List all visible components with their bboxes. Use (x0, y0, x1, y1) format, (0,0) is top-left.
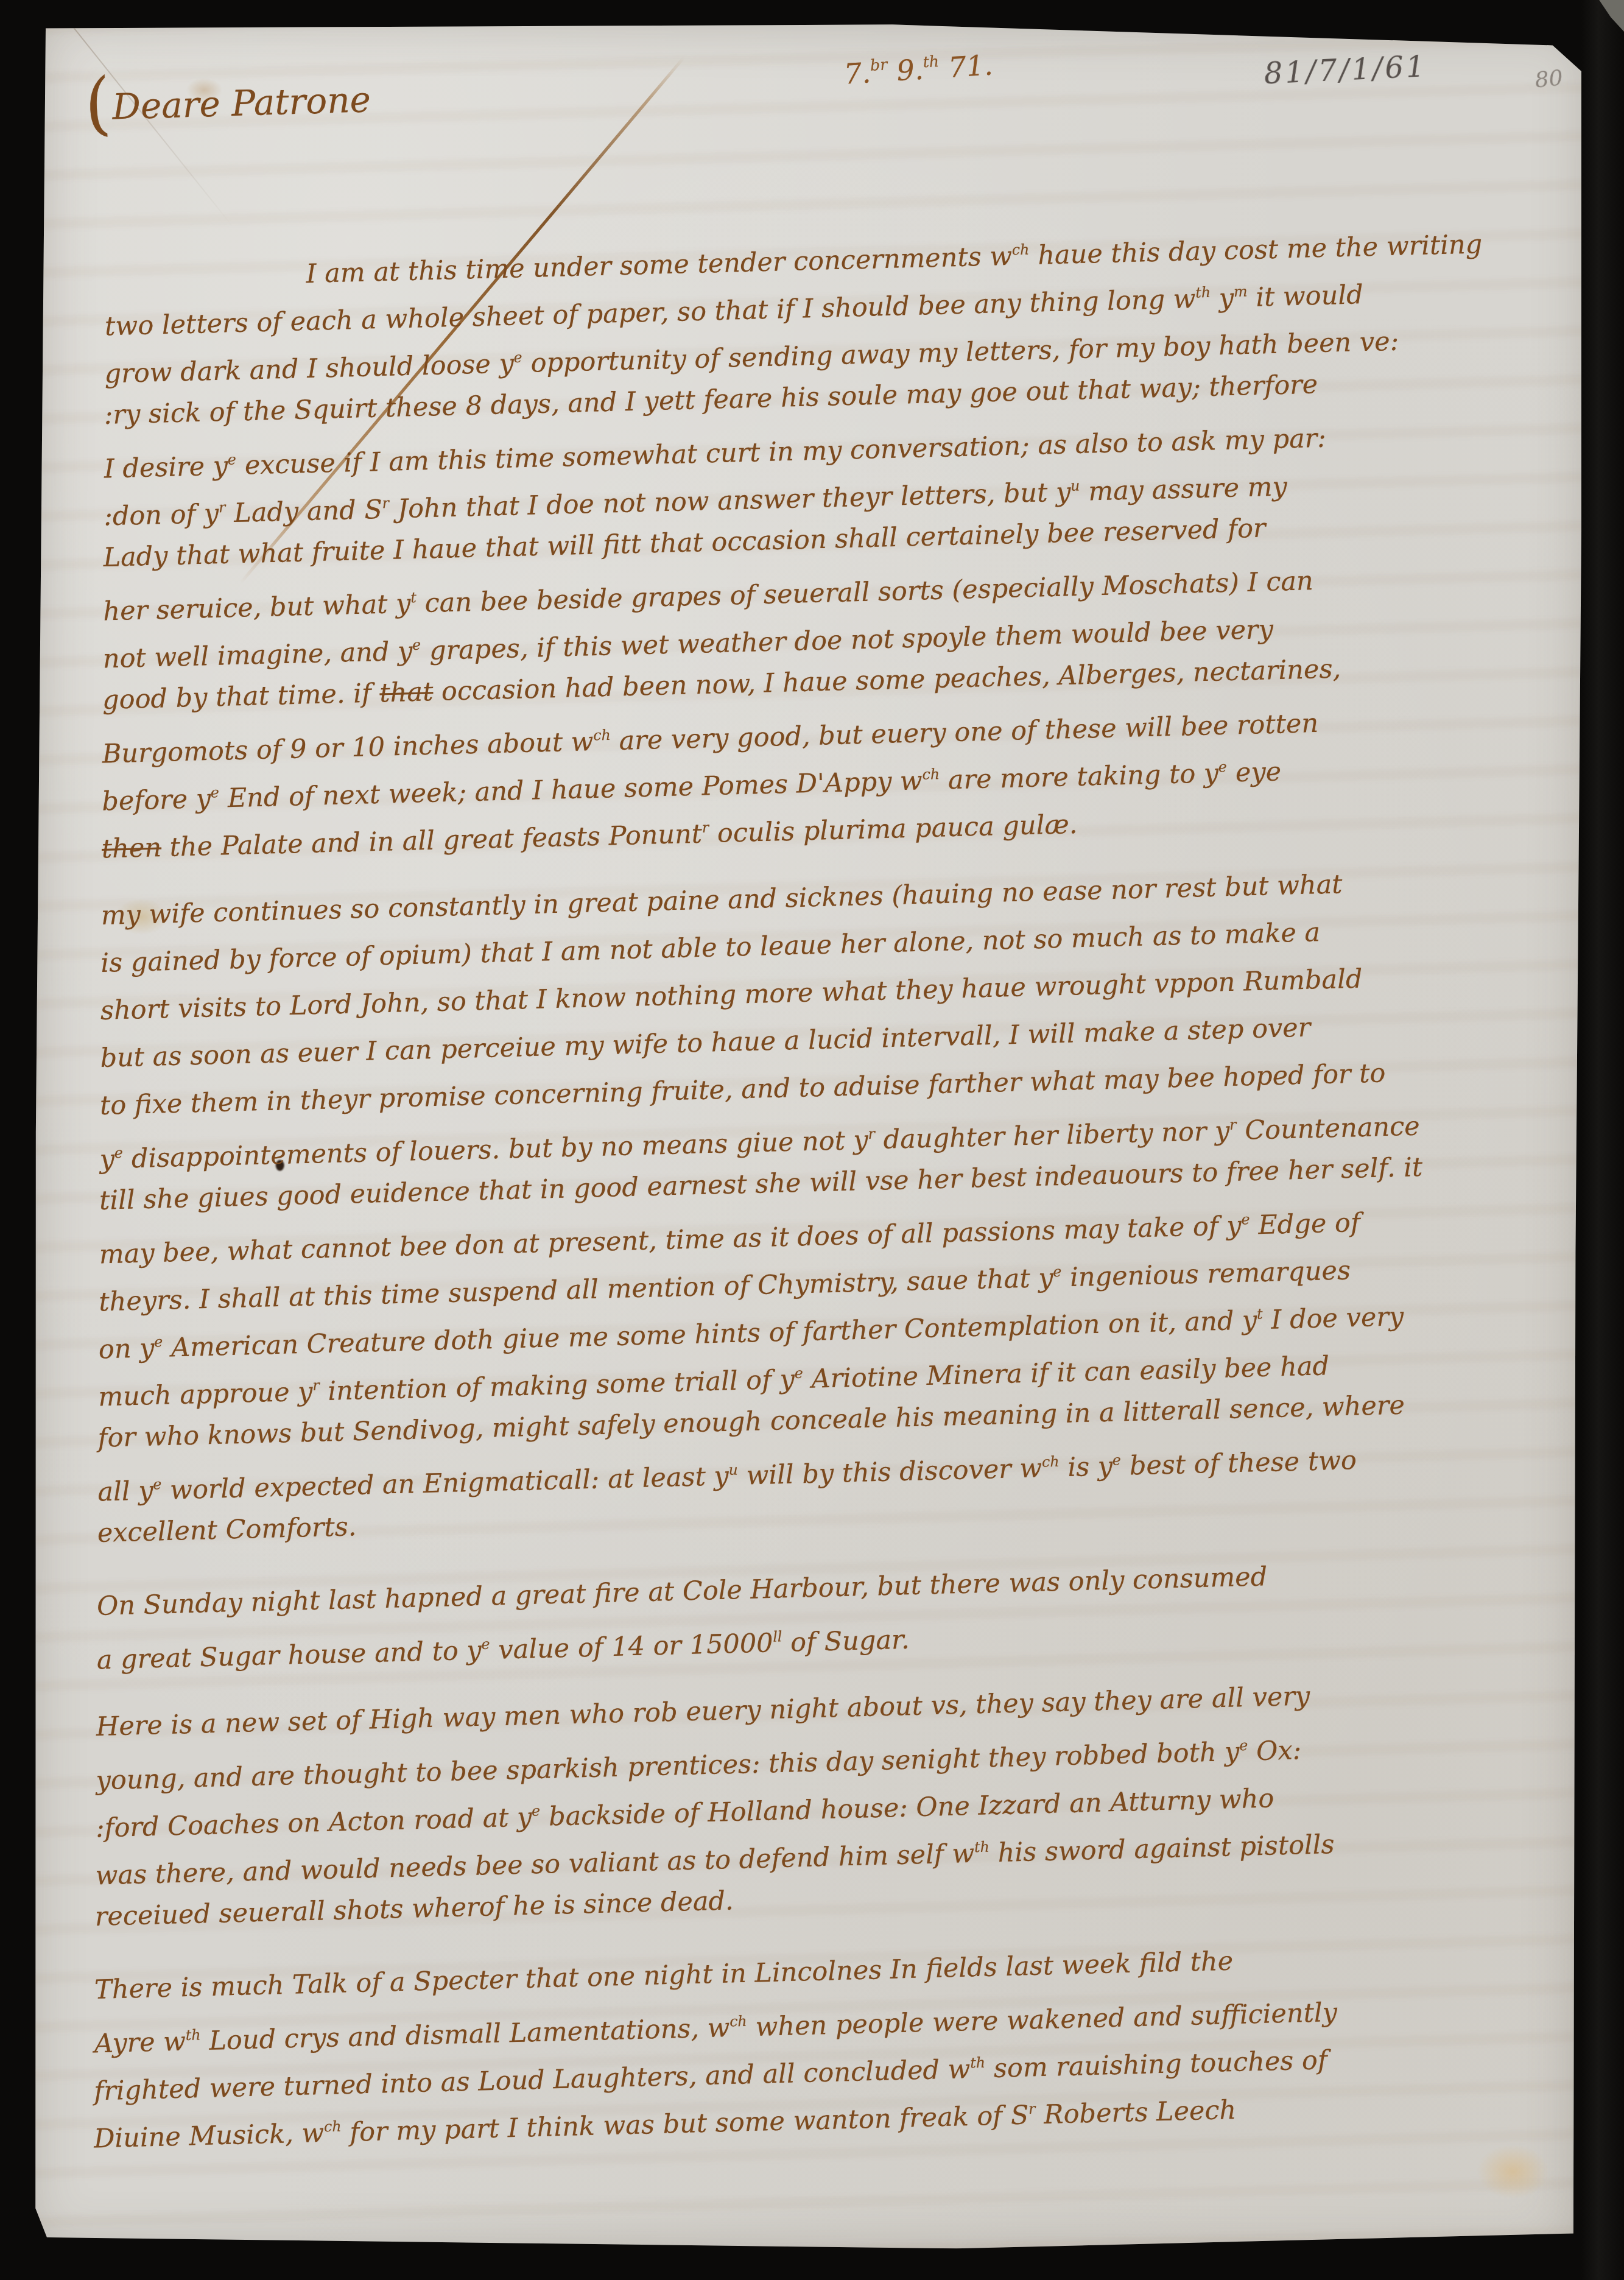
salutation-text: Deare Patrone (111, 79, 371, 127)
paragraph: my wife continues so constantly in great… (98, 892, 1564, 1566)
date-day: 7. (843, 56, 871, 91)
letter-body: I am at this time under some tender conc… (94, 249, 1567, 2191)
paragraph: I am at this time under some tender conc… (102, 249, 1567, 876)
date-month: 9. (896, 53, 924, 88)
folio-number: 80 (1534, 65, 1564, 93)
letter-page: 7.br 9.th 71. 81/7/1/61 80 (Deare Patron… (27, 16, 1590, 2257)
date-sup-th: th (923, 52, 940, 71)
date-annotation: 7.br 9.th 71. (843, 48, 994, 90)
flourish-mark: ( (85, 102, 110, 108)
paragraph: On Sunday night last hapned a great fire… (97, 1583, 1559, 1687)
paragraph: There is much Talk of a Specter that one… (94, 1966, 1557, 2166)
shelfmark-annotation: 81/7/1/61 (1264, 49, 1428, 91)
date-year: 71. (947, 48, 994, 84)
paragraph: Here is a new set of High way men who ro… (96, 1703, 1558, 1950)
binding-edge (1581, 0, 1624, 2280)
salutation: (Deare Patrone (82, 79, 371, 128)
date-sup-br: br (870, 55, 888, 74)
manuscript-scan: { "scan": { "background_color": "#0b0a09… (0, 0, 1624, 2280)
